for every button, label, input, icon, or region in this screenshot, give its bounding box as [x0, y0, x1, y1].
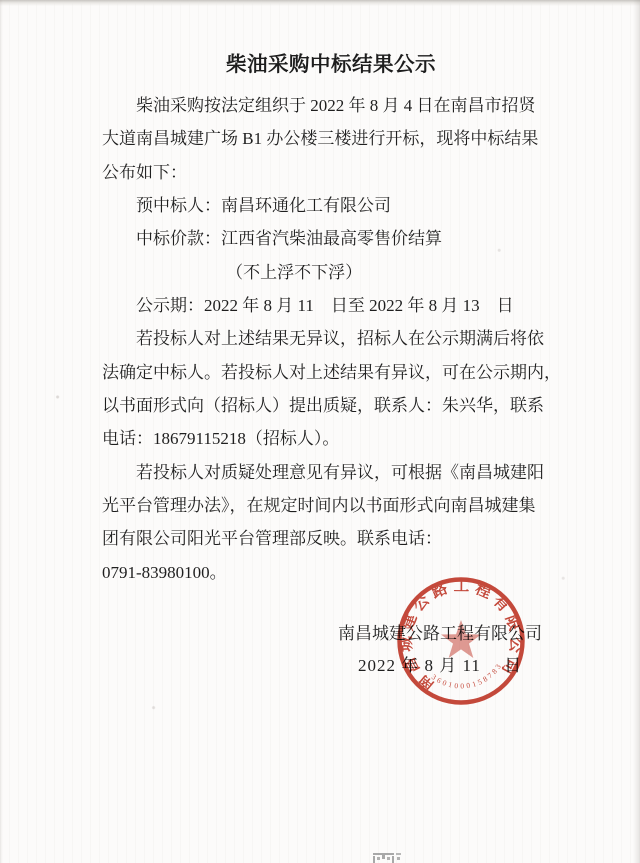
company-seal-stamp: 南昌城建公路工程有限公司 3601000158783 — [390, 570, 532, 712]
qr-code-fragment — [373, 853, 401, 863]
document-line: 电话：18679115218（招标人）。 — [102, 422, 572, 455]
document-line: 以书面形式向（招标人）提出质疑，联系人：朱兴华，联系 — [102, 389, 572, 422]
document-title: 柴油采购中标结果公示 — [102, 49, 560, 82]
document-line: 若投标人对质疑处理意见有异议，可根据《南昌城建阳 — [102, 456, 572, 489]
document-line: 公示期：2022 年 8 月 11 日至 2022 年 8 月 13 日 — [102, 289, 572, 322]
document-body: 柴油采购按法定组织于 2022 年 8 月 4 日在南昌市招贤大道南昌城建广场 … — [102, 89, 572, 589]
document-line: 柴油采购按法定组织于 2022 年 8 月 4 日在南昌市招贤 — [102, 89, 572, 122]
scan-edge-top — [0, 0, 640, 6]
document-line: 若投标人对上述结果无异议，招标人在公示期满后将依 — [102, 322, 572, 355]
document-line: 光平台管理办法》，在规定时间内以书面形式向南昌城建集 — [102, 489, 572, 522]
document-line: 法确定中标人。若投标人对上述结果有异议，可在公示期内， — [102, 356, 572, 389]
document-line: 中标价款：江西省汽柴油最高零售价结算 — [102, 222, 572, 255]
scan-edge-right — [633, 0, 640, 863]
document-line: 预中标人：南昌环通化工有限公司 — [102, 189, 572, 222]
document-line: 公布如下： — [102, 156, 572, 189]
document-line: 团有限公司阳光平台管理部反映。联系电话： — [102, 522, 572, 555]
scanned-document-page: 柴油采购中标结果公示 柴油采购按法定组织于 2022 年 8 月 4 日在南昌市… — [0, 0, 640, 863]
scan-edge-left — [0, 0, 3, 863]
seal-star-icon — [441, 620, 481, 658]
document-line: 大道南昌城建广场 B1 办公楼三楼进行开标，现将中标结果 — [102, 122, 572, 155]
document-line: （不上浮不下浮） — [102, 256, 572, 289]
